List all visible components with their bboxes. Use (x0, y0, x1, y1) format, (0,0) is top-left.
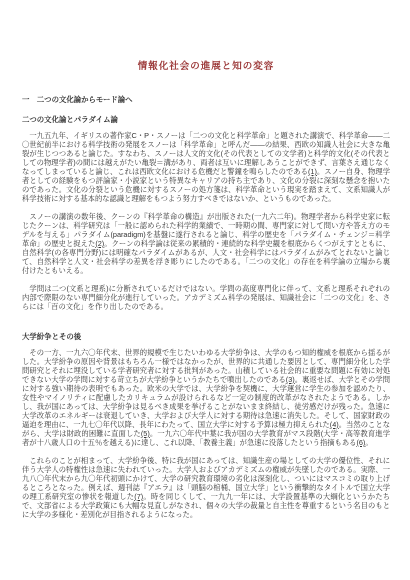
paragraph-kuhn-paradigm: スノーの講演の数年後、クーンの『科学革命の構造』が出版された(一九六二年)。物理… (22, 212, 390, 275)
paragraph-specialization: 学問は二つ(文系と理系)に分断されているだけではない。学問の高度専門化に伴って、… (22, 284, 390, 311)
footnote-link-1[interactable]: (1) (308, 167, 317, 176)
footnote-link-3[interactable]: (3) (286, 375, 295, 384)
paragraph-university-disputes: その一方、一九六〇年代末、世界的規模で生じたいわゆる大学紛争は、大学のもつ知的権… (22, 348, 390, 447)
footnote-link-2[interactable]: (2) (95, 239, 104, 248)
section-heading-two-cultures-paradigm: 二つの文化論とパラダイム論 (22, 114, 390, 125)
document-page: 情報化社会の進展と知の変容 一 二つの文化論からモード論へ 二つの文化論とパラダ… (0, 0, 410, 580)
paragraph-aftermath-reform: これらのことが相まって、大学紛争後、特に我が国にあっては、知識生産の場としての大… (22, 456, 390, 519)
paragraph-snow-lecture: 一九五九年、イギリスの著作家C・P・スノーは「二つの文化と科学革命」と題された講… (22, 131, 390, 203)
section-heading-university-disputes: 大学紛争とその後 (22, 331, 390, 342)
footnote-link-5[interactable]: (5) (141, 429, 150, 438)
footnote-link-7[interactable]: (7) (134, 492, 143, 501)
chapter-heading-two-cultures-to-mode: 一 二つの文化論からモード論へ (22, 94, 390, 105)
footnote-link-4[interactable]: (4) (330, 420, 339, 429)
document-title: 情報化社会の進展と知の変容 (22, 58, 390, 72)
paragraph-text: 。 (365, 438, 372, 447)
paragraph-text: 学問は二つ(文系と理系)に分断されているだけではない。学問の高度専門化に伴って、… (22, 284, 390, 311)
